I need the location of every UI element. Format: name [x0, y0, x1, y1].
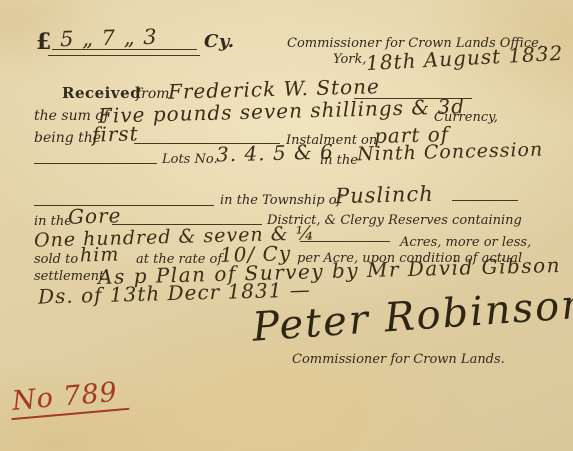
amount-rule-top	[52, 49, 197, 50]
fill-rule	[34, 163, 157, 164]
currency-abbreviation: Cy.	[204, 31, 235, 52]
received-label: Received	[62, 84, 141, 102]
place-label: York,	[333, 52, 367, 67]
fill-rule	[34, 205, 214, 206]
amount-value: 5 „ 7 „ 3	[60, 25, 158, 52]
lots-value: 3. 4. 5 & 6	[216, 139, 334, 166]
in-the-label: in the	[320, 153, 358, 168]
receipt-document: £ 5 „ 7 „ 3 Cy. Commissioner for Crown L…	[0, 0, 573, 451]
lots-label: Lots No.	[162, 152, 218, 167]
acres-label: Acres, more or less,	[400, 235, 531, 250]
fill-rule	[300, 241, 390, 242]
district-prefix: in the	[34, 214, 72, 229]
fill-rule	[452, 200, 518, 201]
concession-handwritten: Ninth Concession	[357, 139, 544, 166]
signature-title: Commissioner for Crown Lands.	[292, 352, 505, 367]
buyer-handwritten: him	[80, 243, 120, 266]
sold-to-label: sold to	[34, 252, 78, 267]
pound-sign: £	[36, 29, 52, 55]
amount-rule-bottom	[48, 55, 200, 56]
township-name: Puslinch	[335, 182, 434, 209]
from-label: from	[136, 86, 170, 102]
instalment-number: first	[92, 121, 139, 146]
document-number: No 789	[9, 376, 130, 420]
township-label: in the Township of	[220, 193, 341, 208]
